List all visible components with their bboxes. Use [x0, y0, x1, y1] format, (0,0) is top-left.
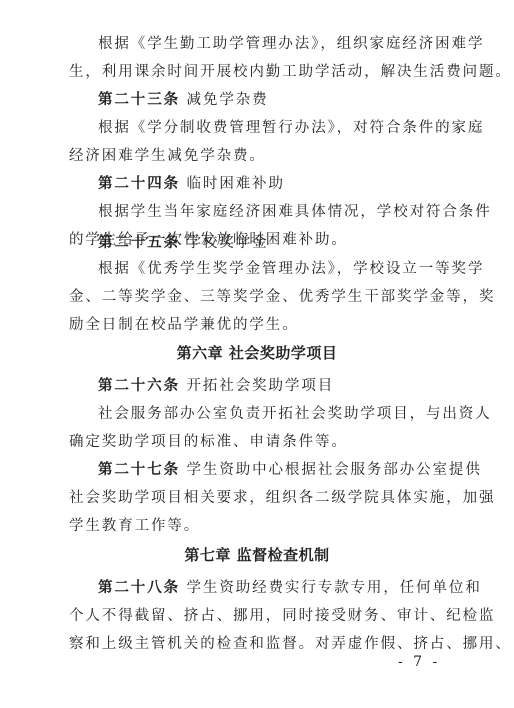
paragraph-line: 社会奖助学项目相关要求，组织各二级学院具体实施，加强: [69, 488, 436, 508]
paragraph-line: 励全日制在校品学兼优的学生。: [69, 315, 436, 335]
article-title: 开拓社会奖助学项目: [187, 378, 335, 394]
paragraph-line: 察和上级主管机关的检查和监督。对弄虚作假、挤占、挪用、: [69, 634, 436, 654]
article-title: 减免学杂费: [187, 92, 269, 108]
article-paragraph-first-line: 第二十八条 学生资助经费实行专款专用，任何单位和: [98, 578, 436, 598]
article-label: 第二十七条: [98, 462, 180, 478]
paragraph-line: 根据《学分制收费管理暂行办法》，对符合条件的家庭: [98, 118, 436, 138]
paragraph-line: 经济困难学生减免学杂费。: [69, 146, 436, 166]
article-label: 第二十五条: [98, 235, 180, 251]
article-heading: 第二十三条 减免学杂费: [98, 90, 436, 110]
paragraph-line: 个人不得截留、挤占、挪用，同时接受财务、审计、纪检监: [69, 606, 436, 626]
article-title: 临时困难补助: [187, 176, 285, 192]
article-label: 第二十八条: [98, 580, 180, 596]
article-label: 第二十六条: [98, 378, 180, 394]
article-label: 第二十三条: [98, 92, 180, 108]
article-paragraph-first-line: 第二十七条 学生资助中心根据社会服务部办公室提供: [98, 460, 436, 480]
paragraph-line: 社会服务部办公室负责开拓社会奖助学项目，与出资人: [98, 404, 436, 424]
chapter-heading: 第七章 监督检查机制: [0, 544, 514, 565]
article-heading-25: 第二十五条 学校奖学金: [98, 233, 436, 253]
document-page: 根据《学生勤工助学管理办法》，组织家庭经济困难学 生，利用课余时间开展校内勤工助…: [0, 0, 514, 708]
chapter-heading: 第六章 社会奖助学项目: [0, 342, 514, 363]
paragraph-line: 确定奖助学项目的标准、申请条件等。: [69, 432, 436, 452]
paragraph-text: 学生资助经费实行专款专用，任何单位和: [187, 580, 482, 596]
article-label: 第二十四条: [98, 176, 180, 192]
article-heading: 第二十六条 开拓社会奖助学项目: [98, 376, 436, 396]
paragraph-line: 学生教育工作等。: [69, 516, 436, 536]
paragraph-line: 根据学生当年家庭经济困难具体情况，学校对符合条件: [98, 202, 436, 222]
page-number: - 7 -: [398, 654, 440, 670]
paragraph-line: 生，利用课余时间开展校内勤工助学活动，解决生活费问题。: [69, 62, 436, 82]
paragraph-text: 学生资助中心根据社会服务部办公室提供: [187, 462, 482, 478]
paragraph-line: 金、二等奖学金、三等奖学金、优秀学生干部奖学金等，奖: [69, 287, 436, 307]
paragraph-line: 根据《优秀学生奖学金管理办法》，学校设立一等奖学: [98, 259, 436, 279]
article-title: 学校奖学金: [187, 235, 269, 251]
article-heading: 第二十四条 临时困难补助: [98, 174, 436, 194]
paragraph-line: 根据《学生勤工助学管理办法》，组织家庭经济困难学: [98, 34, 436, 54]
